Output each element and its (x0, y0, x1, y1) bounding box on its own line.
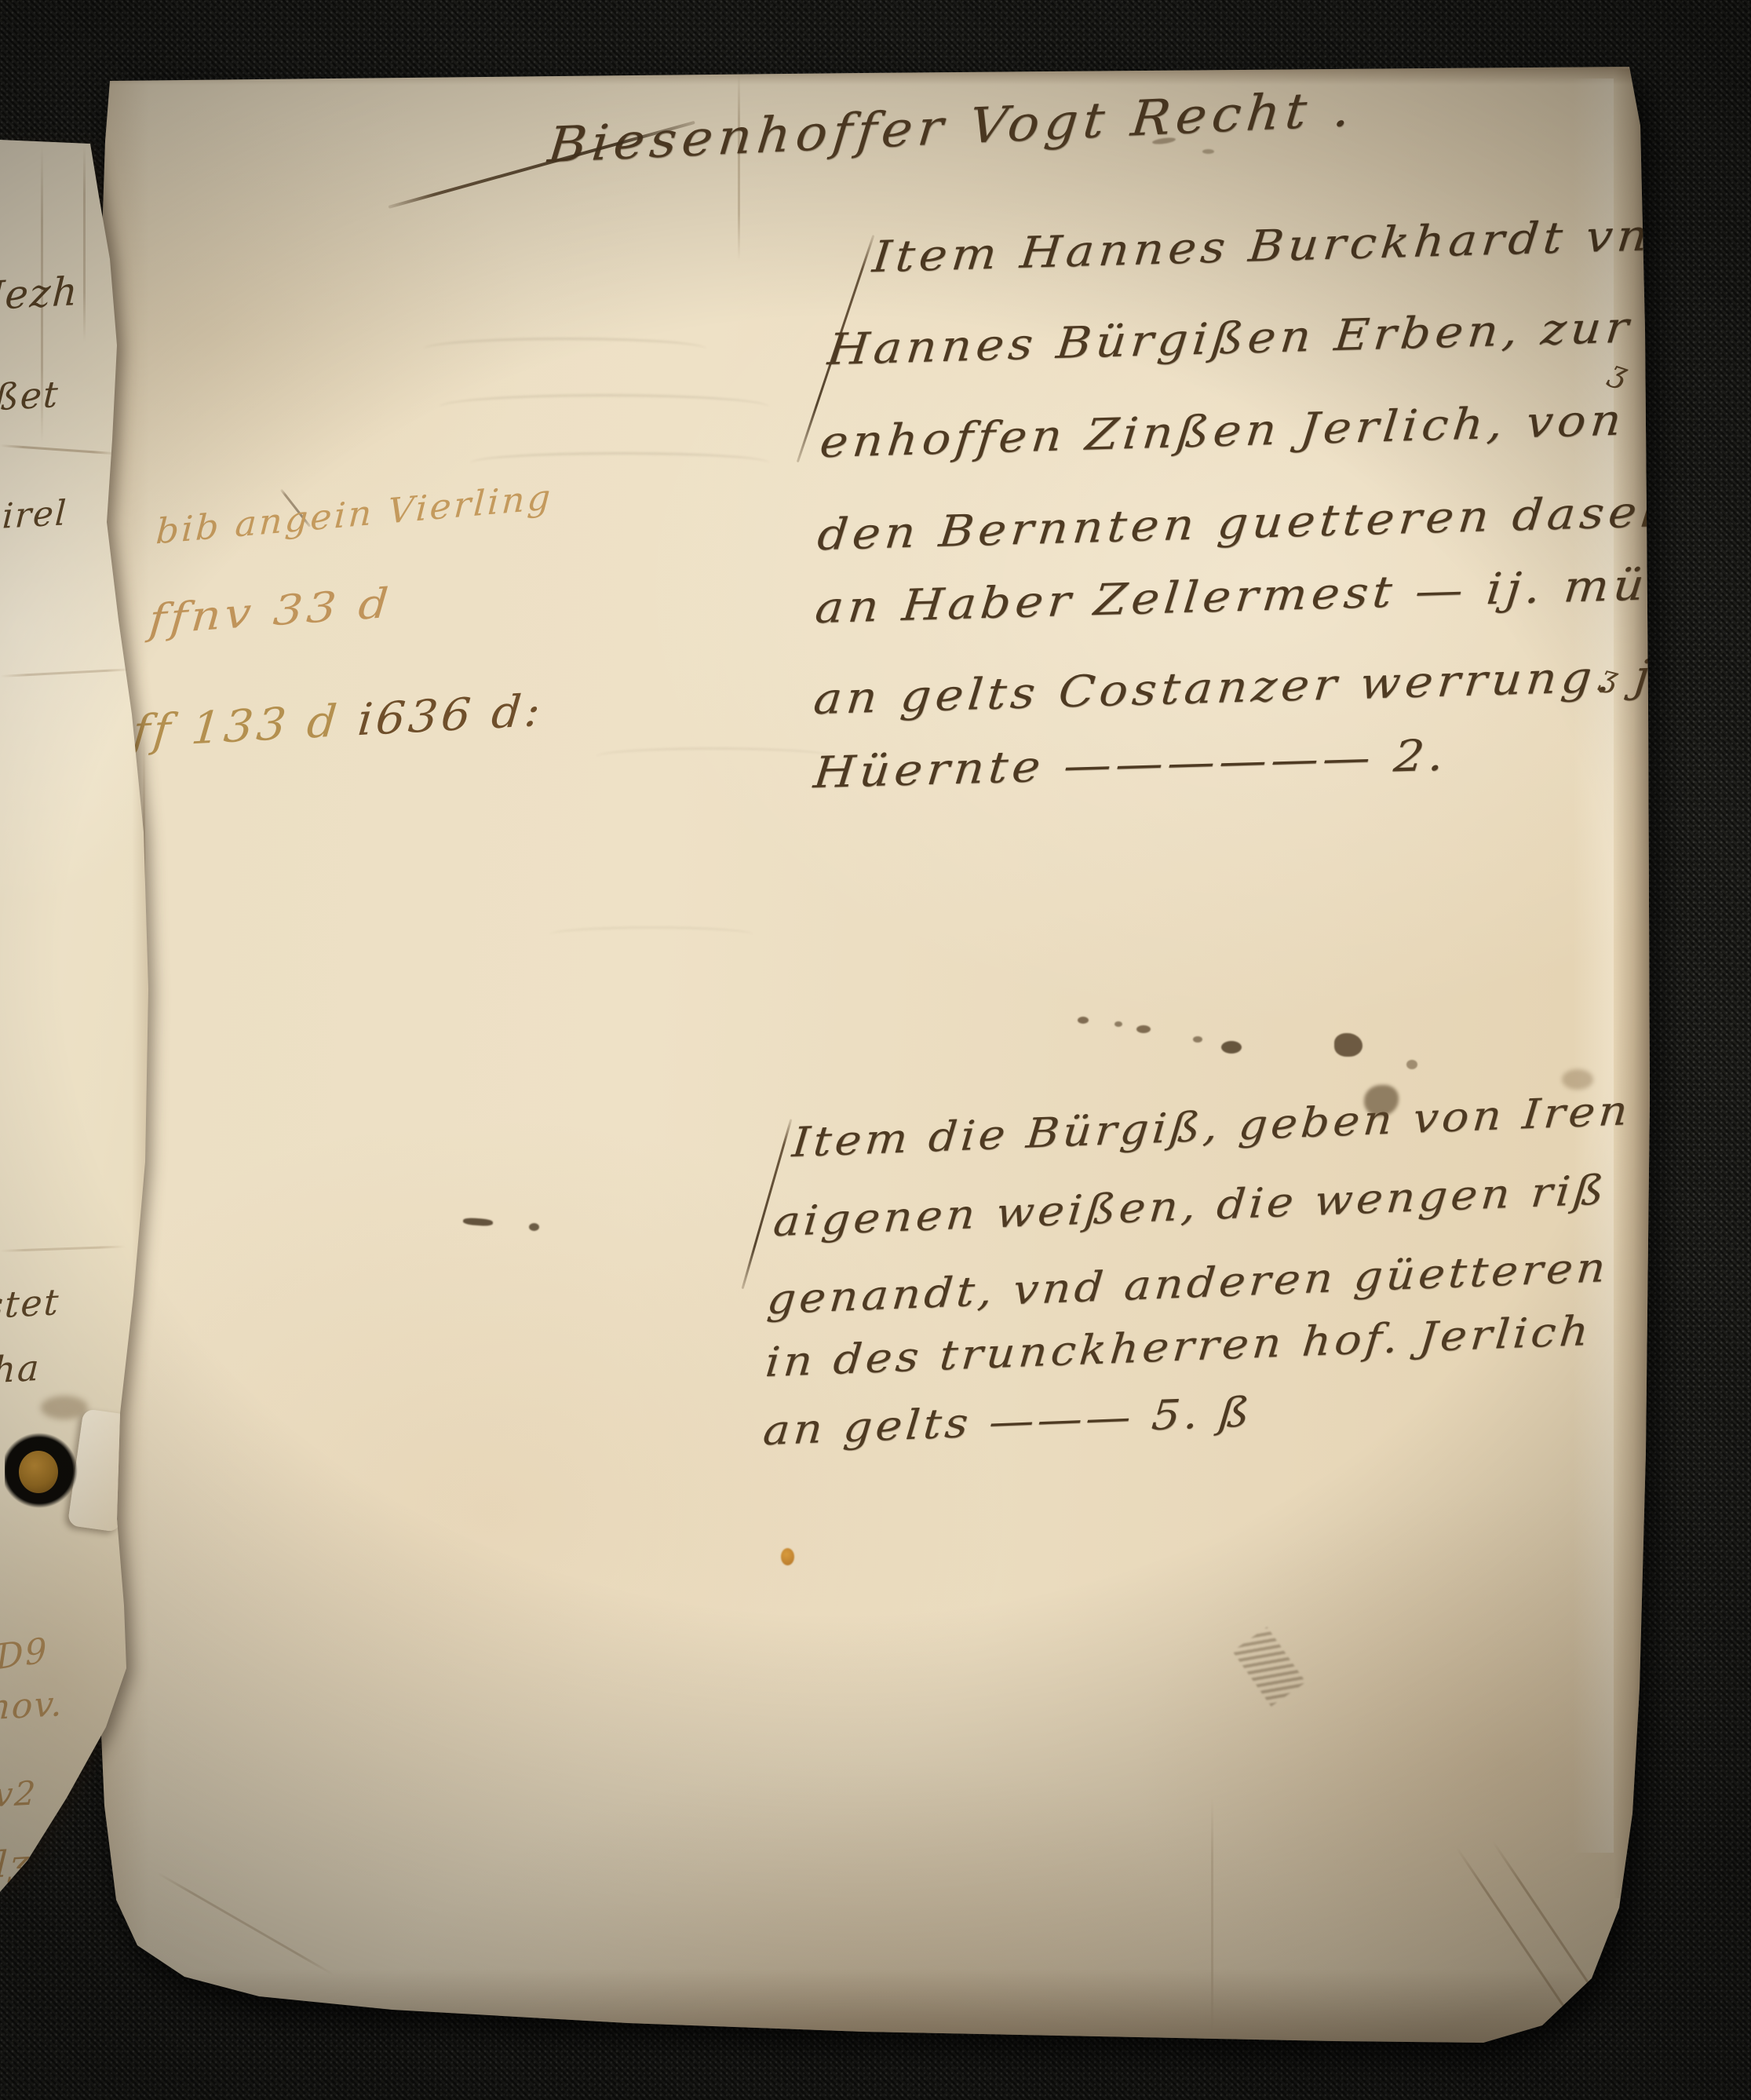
manuscript-photo-scene: Biesenhoffer Vogt Recht . Item Hannes Bu… (0, 0, 1751, 2100)
photo-vignette (0, 0, 1751, 2100)
